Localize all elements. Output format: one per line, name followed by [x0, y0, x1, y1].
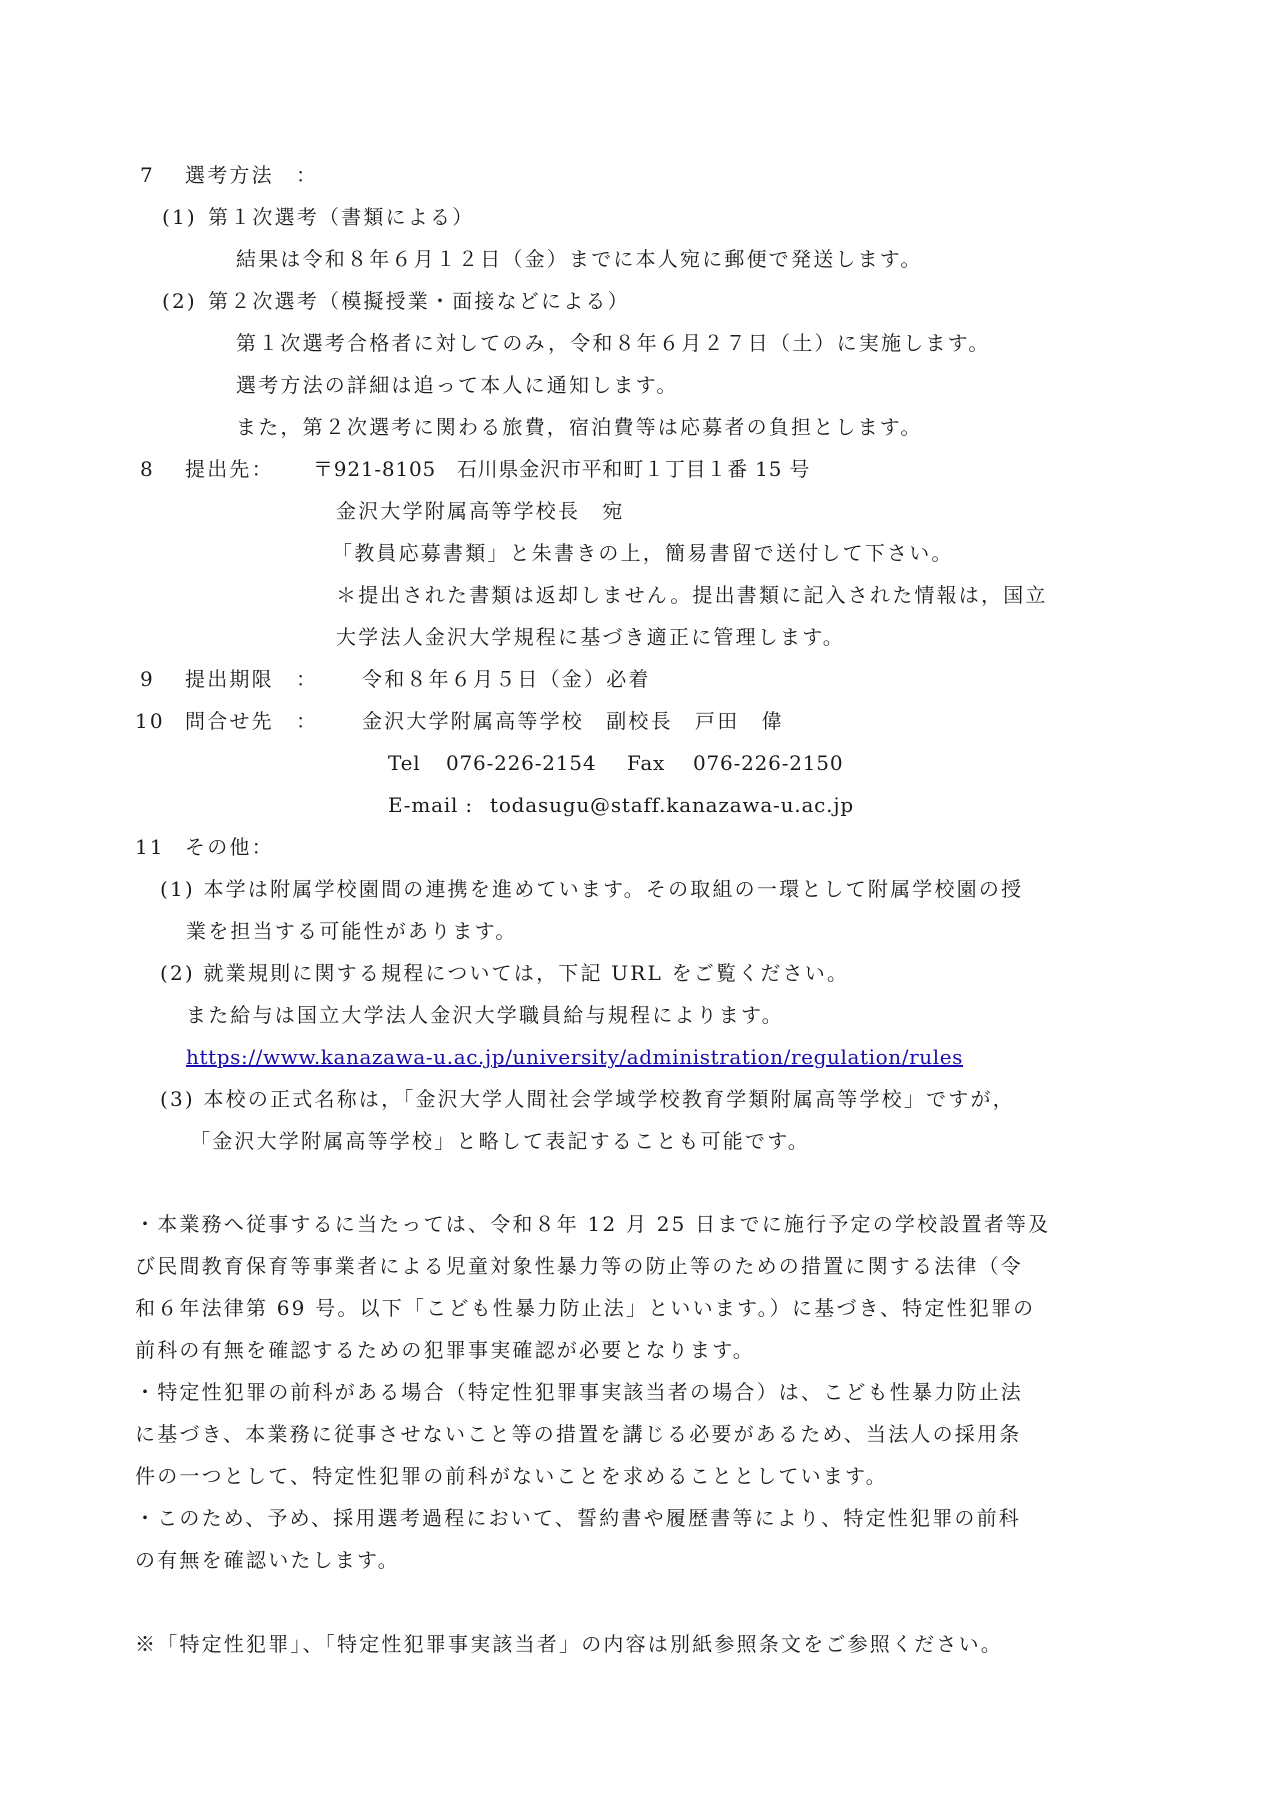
section-7-item2-text-3: また，第２次選考に関わる旅費，宿泊費等は応募者の負担とします。	[236, 415, 923, 439]
section-7-item1-text: 結果は令和８年６月１２日（金）までに本人宛に郵便で発送します。	[236, 247, 923, 271]
notice-p1-line3: 和６年法律第 69 号。以下「こども性暴力防止法」といいます。）に基づき、特定性…	[135, 1296, 1035, 1320]
section-11-item1-line2: 業を担当する可能性があります。	[186, 919, 517, 943]
notice-p2-line1: ・特定性犯罪の前科がある場合（特定性犯罪事実該当者の場合）は、こども性暴力防止法	[135, 1380, 1023, 1404]
notice-p2-line2: に基づき、本業務に従事させないこと等の措置を講じる必要があるため、当法人の採用条	[135, 1422, 1021, 1446]
section-9-deadline: 令和８年６月５日（金）必着	[362, 667, 651, 691]
section-8-note-2: 大学法人金沢大学規程に基づき適正に管理します。	[336, 625, 845, 649]
section-10-fax: 076-226-2150	[693, 751, 843, 775]
notice-p3-line1: ・このため、予め、採用選考過程において、誓約書や履歴書等により、特定性犯罪の前科	[135, 1506, 1021, 1530]
section-7-item2-heading: 第２次選考（模擬授業・面接などによる）	[208, 289, 630, 313]
section-8-address: 〒921-8105 石川県金沢市平和町１丁目１番 15 号	[313, 457, 810, 481]
section-8-instruction: 「教員応募書類」と朱書きの上，簡易書留で送付して下さい。	[332, 541, 954, 565]
section-7-title: 選考方法 ：	[185, 163, 318, 187]
section-9-number: 9	[140, 667, 155, 691]
section-11-item3-line1: (3) 本校の正式名称は，「金沢大学人間社会学域学校教育学類附属高等学校」ですが…	[160, 1087, 1015, 1111]
notice-p1-line4: 前科の有無を確認するための犯罪事実確認が必要となります。	[135, 1338, 755, 1362]
notice-p1-line1: ・本業務へ従事するに当たっては、令和８年 12 月 25 日までに施行予定の学校…	[135, 1212, 1050, 1236]
section-11-item3-line2: 「金沢大学附属高等学校」と略して表記することも可能です。	[190, 1129, 810, 1153]
section-10-tel-label: Tel	[388, 751, 420, 775]
section-10-contact: 金沢大学附属高等学校 副校長 戸田 偉	[362, 709, 784, 733]
section-10-fax-label: Fax	[627, 751, 665, 775]
section-7-number: 7	[140, 163, 155, 187]
section-8-note-1: ＊提出された書類は返却しません。提出書類に記入された情報は，国立	[336, 583, 1048, 607]
notice-p1-line2: び民間教育保育等事業者による児童対象性暴力等の防止等のための措置に関する法律（令	[135, 1254, 1023, 1278]
section-7-item1-heading: 第１次選考（書類による）	[208, 205, 474, 229]
section-8-number: 8	[140, 457, 155, 481]
section-10-email-label: E-mail :	[388, 793, 473, 817]
section-7-item1-label: (1)	[162, 205, 197, 229]
section-10-number: 10	[135, 709, 165, 733]
section-11-number: 11	[135, 835, 165, 859]
section-11-item1-line1: (1) 本学は附属学校園間の連携を進めています。その取組の一環として附属学校園の…	[160, 877, 1023, 901]
notice-p3-line2: の有無を確認いたします。	[135, 1548, 400, 1572]
section-10-title: 問合せ先 ：	[185, 709, 318, 733]
section-8-title: 提出先：	[185, 457, 274, 481]
section-11-item2-line1: (2) 就業規則に関する規程については，下記 URL をご覧ください。	[160, 961, 849, 985]
regulation-rules-link[interactable]: https://www.kanazawa-u.ac.jp/university/…	[186, 1045, 963, 1069]
section-8-addressee: 金沢大学附属高等学校長 宛	[336, 499, 625, 523]
section-10-tel: 076-226-2154	[446, 751, 596, 775]
section-11-title: その他：	[185, 835, 274, 859]
section-11-item2-line2: また給与は国立大学法人金沢大学職員給与規程によります。	[186, 1003, 784, 1027]
section-7-item2-text-2: 選考方法の詳細は追って本人に通知します。	[236, 373, 678, 397]
section-9-title: 提出期限 ：	[185, 667, 318, 691]
section-10-email[interactable]: todasugu@staff.kanazawa-u.ac.jp	[490, 793, 854, 817]
section-7-item2-text-1: 第１次選考合格者に対してのみ，令和８年６月２７日（土）に実施します。	[236, 331, 990, 355]
notice-footnote: ※「特定性犯罪」、「特定性犯罪事実該当者」の内容は別紙参照条文をご参照ください。	[135, 1632, 1003, 1656]
section-7-item2-label: (2)	[162, 289, 197, 313]
notice-p2-line3: 件の一つとして、特定性犯罪の前科がないことを求めることとしています。	[135, 1464, 888, 1488]
